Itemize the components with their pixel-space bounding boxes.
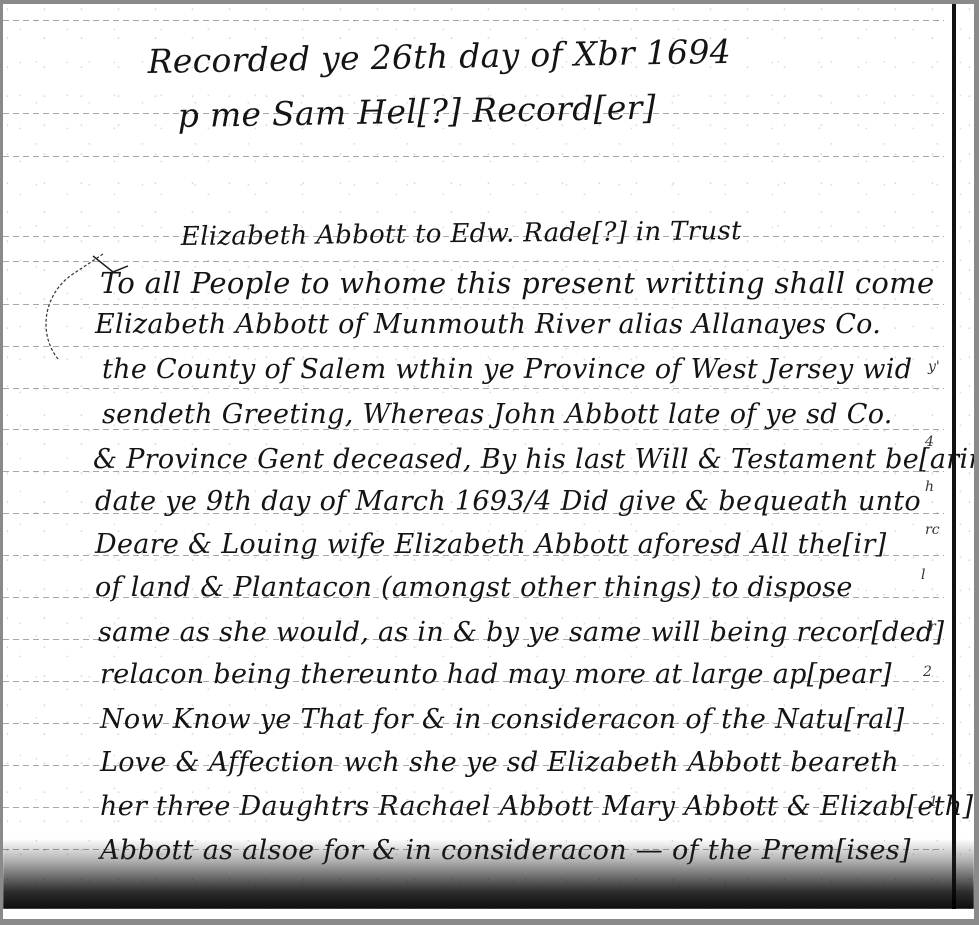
body-line: same as she would, as in & by ye same wi… [98,617,944,648]
margin-rule [952,4,956,909]
ruled-line [3,388,944,389]
ruled-line [3,346,944,347]
body-line: & Province Gent deceased, By his last Wi… [93,444,974,475]
margin-mark: 1 [929,794,938,810]
margin-mark: 2 [923,664,932,680]
margin-mark: h [925,479,934,495]
body-line: sendeth Greeting, Whereas John Abbott la… [102,399,893,430]
body-line: the County of Salem wthin ye Province of… [102,354,912,385]
margin-mark: l [921,567,925,583]
body-line: of land & Plantacon (amongst other thing… [95,572,853,603]
ruled-line [3,156,944,157]
scanned-page: Recorded ye 26th day of Xbr 1694 p me Sa… [3,4,974,919]
ruled-line [3,261,944,262]
docket-title: Elizabeth Abbott to Edw. Rade[?] in Trus… [181,216,742,252]
ruled-line [3,304,944,305]
record-heading-line-2: p me Sam Hel[?] Record[er] [177,88,656,135]
margin-mark: rc [925,522,940,538]
margin-mark: r [929,619,936,635]
body-line: relacon being thereunto had may more at … [100,659,892,690]
ruled-line [3,20,944,21]
body-line: Now Know ye That for & in consideracon o… [100,704,904,735]
body-line: date ye 9th day of March 1693/4 Did give… [95,486,921,517]
body-line: Love & Affection wch she ye sd Elizabeth… [100,747,899,778]
bottom-scan-shadow [3,839,974,909]
body-line: her three Daughtrs Rachael Abbott Mary A… [100,791,973,822]
body-line: Deare & Louing wife Elizabeth Abbott afo… [95,529,887,560]
body-line: To all People to whome this present writ… [100,266,934,300]
margin-mark: 4 [925,434,934,450]
bottom-paper-strip [3,909,974,919]
margin-mark: y' [928,359,940,375]
body-line: Elizabeth Abbott of Munmouth River alias… [95,309,881,340]
bracket-flourish-icon [33,244,143,364]
